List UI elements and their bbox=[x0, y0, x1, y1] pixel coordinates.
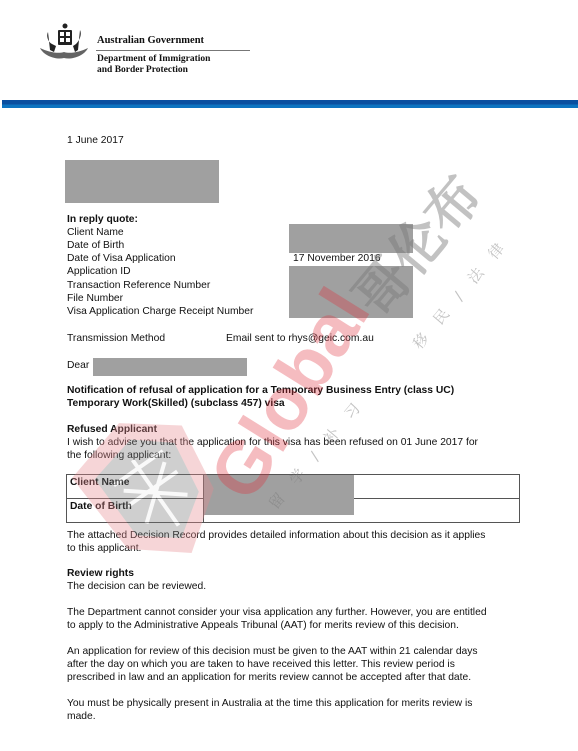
recipient-name-redacted bbox=[93, 358, 247, 376]
field-label-application-id: Application ID bbox=[67, 265, 131, 278]
letter-date: 1 June 2017 bbox=[67, 134, 124, 147]
field-label-file-number: File Number bbox=[67, 292, 123, 305]
aat-line-1: An application for review of this decisi… bbox=[67, 645, 537, 658]
header-band bbox=[2, 100, 578, 108]
watermark-tagline-1: 移 民 / 法 律 bbox=[409, 235, 512, 352]
watermark-overlay: Global 哥伦布 移 民 / 法 律 留 学 / 补 习 bbox=[0, 0, 578, 751]
field-label-charge-receipt-number: Visa Application Charge Receipt Number bbox=[67, 305, 253, 318]
field-value-visa-application-date: 17 November 2016 bbox=[293, 252, 381, 265]
department-name: Department of Immigration and Border Pro… bbox=[97, 54, 210, 76]
refused-line-2: the following applicant: bbox=[67, 449, 171, 462]
reply-quote-heading: In reply quote: bbox=[67, 213, 138, 226]
field-label-client-name: Client Name bbox=[67, 226, 124, 239]
client-details-redacted bbox=[289, 224, 413, 253]
field-label-visa-application-date: Date of Visa Application bbox=[67, 252, 176, 265]
decision-line-2: to this applicant. bbox=[67, 542, 537, 555]
field-label-transaction-reference: Transaction Reference Number bbox=[67, 279, 210, 292]
refused-applicant-heading: Refused Applicant bbox=[67, 423, 157, 436]
applicant-details-redacted bbox=[204, 475, 354, 515]
department-line-1: Department of Immigration bbox=[97, 54, 210, 65]
letterhead: Australian Government Department of Immi… bbox=[36, 22, 236, 82]
government-name: Australian Government bbox=[97, 35, 204, 46]
applicant-label-client-name: Client Name bbox=[67, 475, 204, 499]
decision-line-1: The attached Decision Record provides de… bbox=[67, 529, 537, 542]
presence-paragraph: You must be physically present in Austra… bbox=[67, 697, 537, 723]
letterhead-rule bbox=[96, 50, 250, 51]
department-paragraph-line-1: The Department cannot consider your visa… bbox=[67, 606, 537, 619]
field-label-date-of-birth: Date of Birth bbox=[67, 239, 124, 252]
aat-line-3: prescribed in law and an application for… bbox=[67, 671, 537, 684]
refused-line-1: I wish to advise you that the applicatio… bbox=[67, 436, 478, 449]
applicant-label-date-of-birth: Date of Birth bbox=[67, 499, 204, 523]
transmission-value: Email sent to rhys@geic.com.au bbox=[226, 332, 374, 345]
presence-line-2: made. bbox=[67, 710, 537, 723]
transmission-label: Transmission Method bbox=[67, 332, 165, 345]
application-ids-redacted bbox=[289, 266, 413, 318]
subject-line-2: Temporary Work(Skilled) (subclass 457) v… bbox=[67, 397, 285, 410]
review-rights-text: The decision can be reviewed. bbox=[67, 580, 206, 593]
salutation: Dear bbox=[67, 359, 89, 372]
recipient-address-redacted bbox=[65, 160, 219, 203]
presence-line-1: You must be physically present in Austra… bbox=[67, 697, 537, 710]
aat-paragraph: An application for review of this decisi… bbox=[67, 645, 537, 684]
subject-line-1: Notification of refusal of application f… bbox=[67, 384, 454, 397]
coat-of-arms-icon bbox=[36, 22, 92, 66]
aat-line-2: after the day on which you are taken to … bbox=[67, 658, 537, 671]
department-line-2: and Border Protection bbox=[97, 65, 210, 76]
review-rights-heading: Review rights bbox=[67, 567, 134, 580]
department-paragraph: The Department cannot consider your visa… bbox=[67, 606, 537, 632]
department-paragraph-line-2: to apply to the Administrative Appeals T… bbox=[67, 619, 537, 632]
decision-record-paragraph: The attached Decision Record provides de… bbox=[67, 529, 537, 555]
